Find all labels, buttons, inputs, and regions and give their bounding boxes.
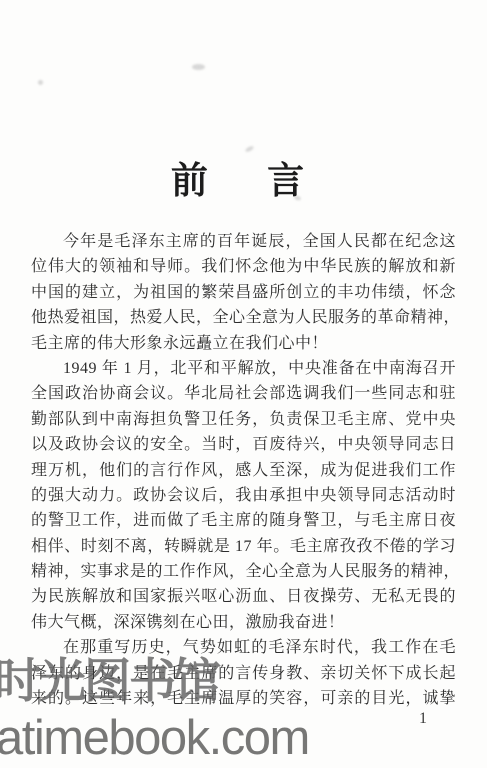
text-line: 理万机，他们的言行作风，感人至深，成为促进我们工作 bbox=[31, 458, 456, 483]
scan-speck bbox=[192, 64, 205, 70]
text-line: 今年是毛泽东主席的百年诞辰，全国人民都在纪念这 bbox=[31, 229, 456, 254]
text-line: 为民族解放和国家振兴呕心沥血、日夜操劳、无私无畏的 bbox=[31, 584, 456, 609]
text-line: 位伟大的领袖和导师。我们怀念他为中华民族的解放和新 bbox=[31, 254, 456, 279]
text-line: 他热爱祖国，热爱人民，全心全意为人民服务的革命精神， bbox=[31, 305, 456, 330]
text-line: 全国政治协商会议。华北局社会部选调我们一些同志和驻 bbox=[31, 381, 456, 406]
book-page: 前 言 今年是毛泽东主席的百年诞辰，全国人民都在纪念这位伟大的领袖和导师。我们怀… bbox=[0, 0, 487, 768]
text-line: 伟大气概，深深镌刻在心田，激励我奋进！ bbox=[31, 610, 456, 635]
text-line: 勤部队到中南海担负警卫任务，负责保卫毛主席、党中央 bbox=[31, 407, 456, 432]
watermark-site-text: atimebook.com bbox=[0, 714, 309, 763]
text-line: 精神，实事求是的工作作风，全心全意为人民服务的精神， bbox=[31, 559, 456, 584]
scan-speck bbox=[38, 80, 43, 85]
text-line: 的强大动力。政协会议后，我由承担中央领导同志活动时 bbox=[31, 483, 456, 508]
text-line: 1949 年 1 月，北平和平解放，中央准备在中南海召开 bbox=[31, 356, 456, 381]
text-line: 相伴、时刻不离，转瞬就是 17 年。毛主席孜孜不倦的学习 bbox=[31, 534, 456, 559]
text-line: 毛主席的伟大形象永远矗立在我们心中！ bbox=[31, 331, 456, 356]
text-line: 的警卫工作，进而做了毛主席的随身警卫，与毛主席日夜 bbox=[31, 508, 456, 533]
text-line: 中国的建立，为祖国的繁荣昌盛所创立的丰功伟绩，怀念 bbox=[31, 280, 456, 305]
page-number: 1 bbox=[419, 710, 427, 728]
body-text: 今年是毛泽东主席的百年诞辰，全国人民都在纪念这位伟大的领袖和导师。我们怀念他为中… bbox=[31, 229, 456, 711]
text-line: 以及政协会议的安全。当时，百废待兴，中央领导同志日 bbox=[31, 432, 456, 457]
preface-title: 前 言 bbox=[0, 150, 481, 204]
watermark-library-text: 时光图书馆 bbox=[0, 657, 219, 704]
